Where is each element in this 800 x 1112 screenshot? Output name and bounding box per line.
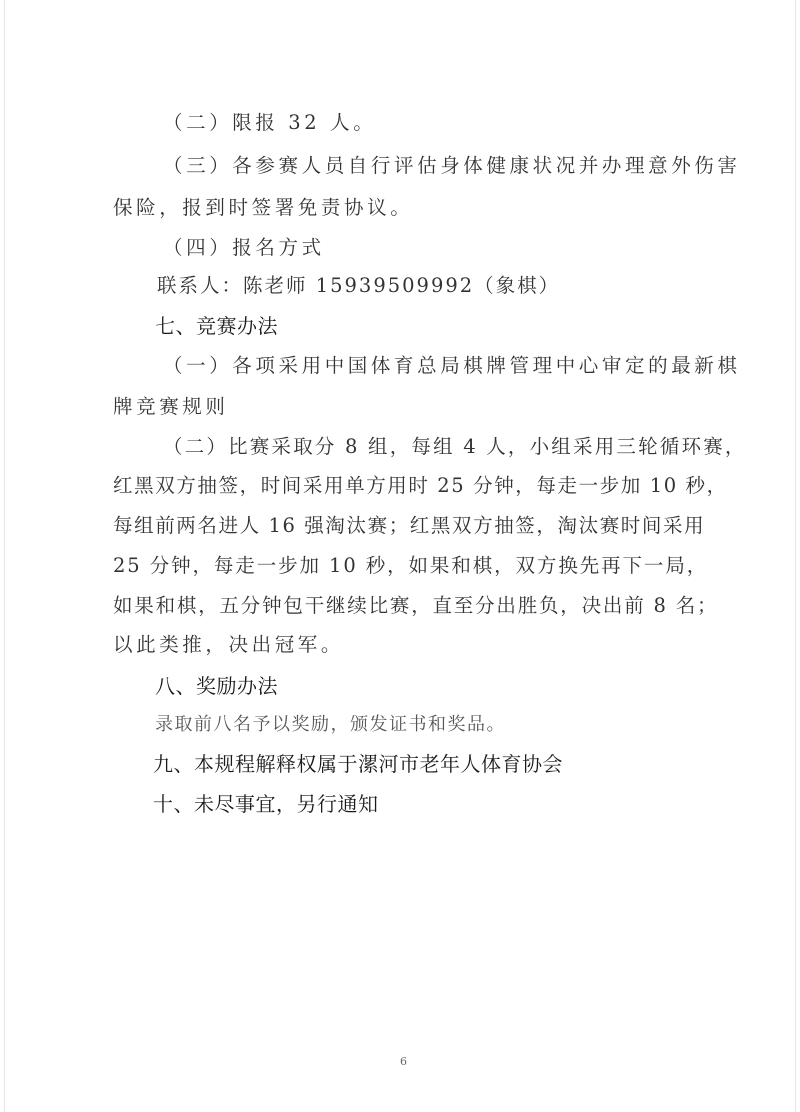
section-heading-competition: 七、竞赛办法 (155, 310, 278, 339)
rule-2: （二）比赛采取分 8 组，每组 4 人，小组采用三轮循环赛， (163, 431, 747, 459)
rule-2-line5: 如果和棋，五分钟包干继续比赛，直至分出胜负，决出前 8 名； (113, 590, 718, 618)
rule-2-line6: 以此类推，决出冠军。 (113, 629, 344, 657)
rule-1: （一）各项采用中国体育总局棋牌管理中心审定的最新棋 (163, 350, 741, 378)
document-page: （二）限报 32 人。 （三）各参赛人员自行评估身体健康状况并办理意外伤害 保险… (4, 0, 796, 1112)
awards-text: 录取前八名予以奖励，颁发证书和奖品。 (155, 710, 506, 736)
item-health-insurance: （三）各参赛人员自行评估身体健康状况并办理意外伤害 (163, 150, 741, 178)
section-heading-awards: 八、奖励办法 (155, 670, 278, 699)
page-number: 6 (400, 1055, 407, 1068)
contact-line: 联系人：陈老师 15939509992（象棋） (157, 270, 560, 298)
section-heading-interpretation: 九、本规程解释权属于漯河市老年人体育协会 (153, 748, 563, 777)
rule-2-line2: 红黑双方抽签，时间采用单方用时 25 分钟，每走一步加 10 秒， (113, 470, 728, 498)
item-limit-32: （二）限报 32 人。 (163, 107, 376, 135)
section-heading-misc: 十、未尽事宜，另行通知 (153, 788, 379, 817)
item-health-insurance-cont: 保险，报到时签署免责协议。 (113, 192, 413, 220)
rule-2-line4: 25 分钟，每走一步加 10 秒，如果和棋，双方换先再下一局， (113, 550, 708, 578)
rule-2-line3: 每组前两名进人 16 强淘汰赛；红黑双方抽签，淘汰赛时间采用 (113, 510, 705, 538)
rule-1-cont: 牌竞赛规则 (113, 391, 229, 419)
item-registration-method: （四）报名方式 (163, 232, 325, 260)
